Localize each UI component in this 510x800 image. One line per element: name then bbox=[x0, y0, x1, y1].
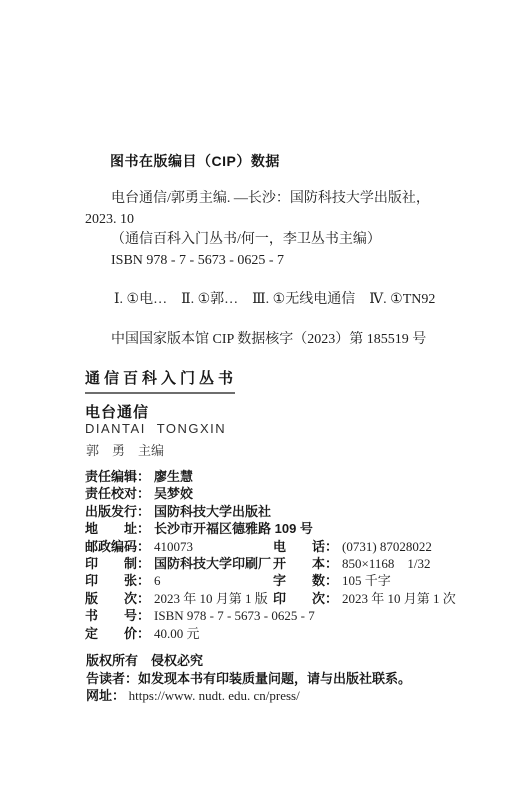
pub-row-price: 定价： 40.00 元 bbox=[85, 623, 465, 640]
pub-cell: 地址： 长沙市开福区德雅路 109 号 bbox=[85, 518, 273, 537]
pub-label: 字数 bbox=[273, 570, 325, 589]
pub-label: 印张 bbox=[85, 570, 137, 589]
pub-row-printer-format: 印制： 国防科技大学印刷厂 开本： 850×1168 1/32 bbox=[85, 553, 465, 570]
pub-row-postcode-phone: 邮政编码： 410073 电话： (0731) 87028022 bbox=[85, 536, 465, 553]
pub-cell: 定价： 40.00 元 bbox=[85, 623, 273, 642]
pub-label: 电话 bbox=[273, 536, 325, 555]
pub-value: 2023 年 10 月第 1 版 bbox=[154, 588, 268, 607]
website-url: https://www. nudt. edu. cn/press/ bbox=[129, 688, 300, 703]
cip-header: 图书在版编目（CIP）数据 bbox=[110, 151, 280, 171]
pub-cell: 印制： 国防科技大学印刷厂 bbox=[85, 553, 273, 572]
pub-value: 廖生慧 bbox=[154, 466, 193, 485]
pub-label: 开本 bbox=[273, 553, 325, 572]
pub-label: 印次 bbox=[273, 588, 325, 607]
series-underline bbox=[85, 392, 235, 394]
colon: ： bbox=[325, 588, 338, 607]
pub-row-publisher: 出版发行： 国防科技大学出版社 bbox=[85, 501, 465, 518]
pub-cell: 电话： (0731) 87028022 bbox=[273, 536, 465, 555]
pub-cell: 邮政编码： 410073 bbox=[85, 536, 273, 555]
pub-value: 2023 年 10 月第 1 次 bbox=[342, 588, 456, 607]
cip-entry: 电台通信/郭勇主编. —长沙：国防科技大学出版社， 2023. 10 （通信百科… bbox=[85, 189, 463, 272]
colon: ： bbox=[325, 553, 338, 572]
colon: ： bbox=[112, 688, 125, 703]
pub-label: 地址 bbox=[85, 518, 137, 537]
pub-cell: 书号： ISBN 978 - 7 - 5673 - 0625 - 7 bbox=[85, 605, 273, 624]
pub-label: 责任编辑 bbox=[85, 466, 137, 485]
publication-info: 责任编辑： 廖生慧 责任校对： 吴梦姣 出版发行： 国防科技大学出版社 地址： … bbox=[85, 466, 465, 640]
colon: ： bbox=[325, 536, 338, 555]
book-title-pinyin: DIANTAI TONGXIN bbox=[85, 421, 226, 436]
website-label: 网址 bbox=[86, 688, 112, 703]
pub-value: 吴梦姣 bbox=[154, 483, 193, 502]
book-author: 郭 勇 主编 bbox=[86, 440, 164, 459]
pub-row-address: 地址： 长沙市开福区德雅路 109 号 bbox=[85, 518, 465, 535]
colon: ： bbox=[137, 518, 150, 537]
pub-cell: 字数： 105 千字 bbox=[273, 570, 465, 589]
pub-cell: 出版发行： 国防科技大学出版社 bbox=[85, 501, 273, 520]
colon: ： bbox=[137, 588, 150, 607]
pub-row-editor: 责任编辑： 廖生慧 bbox=[85, 466, 465, 483]
pub-value: 国防科技大学出版社 bbox=[154, 501, 271, 520]
pub-label: 责任校对 bbox=[85, 483, 137, 502]
pub-row-edition-impression: 版次： 2023 年 10 月第 1 版 印次： 2023 年 10 月第 1 … bbox=[85, 588, 465, 605]
cip-entry-line4: ISBN 978 - 7 - 5673 - 0625 - 7 bbox=[85, 251, 463, 272]
pub-cell: 责任编辑： 廖生慧 bbox=[85, 466, 273, 485]
notice-block: 版权所有 侵权必究 告读者：如发现本书有印装质量问题，请与出版社联系。 网址： … bbox=[86, 652, 411, 705]
pub-label: 出版发行 bbox=[85, 501, 137, 520]
cip-entry-line2: 2023. 10 bbox=[85, 210, 463, 231]
colon: ： bbox=[137, 553, 150, 572]
pub-label: 印制 bbox=[85, 553, 137, 572]
colon: ： bbox=[137, 623, 150, 642]
colon: ： bbox=[137, 501, 150, 520]
pub-label: 邮政编码 bbox=[85, 536, 137, 555]
pub-value: 850×1168 1/32 bbox=[342, 553, 430, 572]
pub-label: 定价 bbox=[85, 623, 137, 642]
pub-cell: 版次： 2023 年 10 月第 1 版 bbox=[85, 588, 273, 607]
colon: ： bbox=[137, 570, 150, 589]
pub-value: 40.00 元 bbox=[154, 623, 200, 642]
pub-cell: 印次： 2023 年 10 月第 1 次 bbox=[273, 588, 465, 607]
pub-row-sheets-words: 印张： 6 字数： 105 千字 bbox=[85, 570, 465, 587]
pub-label: 书号 bbox=[85, 605, 137, 624]
pub-row-isbn: 书号： ISBN 978 - 7 - 5673 - 0625 - 7 bbox=[85, 605, 465, 622]
cip-classification: Ⅰ. ①电… Ⅱ. ①郭… Ⅲ. ①无线电通信 Ⅳ. ①TN92 bbox=[114, 288, 435, 308]
book-copyright-page: 图书在版编目（CIP）数据 电台通信/郭勇主编. —长沙：国防科技大学出版社， … bbox=[0, 0, 510, 800]
pub-row-proofreader: 责任校对： 吴梦姣 bbox=[85, 483, 465, 500]
colon: ： bbox=[325, 570, 338, 589]
cip-entry-line1: 电台通信/郭勇主编. —长沙：国防科技大学出版社， bbox=[85, 189, 463, 210]
pub-label: 版次 bbox=[85, 588, 137, 607]
colon: ： bbox=[137, 483, 150, 502]
cip-registration: 中国国家版本馆 CIP 数据核字（2023）第 185519 号 bbox=[111, 328, 426, 348]
book-title: 电台通信 bbox=[85, 401, 149, 422]
colon: ： bbox=[137, 605, 150, 624]
readers-notice: 告读者：如发现本书有印装质量问题，请与出版社联系。 bbox=[86, 670, 411, 688]
pub-cell: 开本： 850×1168 1/32 bbox=[273, 553, 465, 572]
pub-value: 国防科技大学印刷厂 bbox=[154, 553, 271, 572]
pub-cell: 印张： 6 bbox=[85, 570, 273, 589]
copyright-statement: 版权所有 侵权必究 bbox=[86, 652, 411, 670]
colon: ： bbox=[137, 466, 150, 485]
series-title: 通信百科入门丛书 bbox=[85, 367, 237, 388]
pub-value: 105 千字 bbox=[342, 570, 391, 589]
colon: ： bbox=[137, 536, 150, 555]
pub-cell: 责任校对： 吴梦姣 bbox=[85, 483, 273, 502]
pub-value: 长沙市开福区德雅路 109 号 bbox=[154, 518, 313, 537]
cip-entry-line3: （通信百科入门丛书/何一，李卫丛书主编） bbox=[85, 230, 463, 251]
website-line: 网址： https://www. nudt. edu. cn/press/ bbox=[86, 687, 411, 705]
